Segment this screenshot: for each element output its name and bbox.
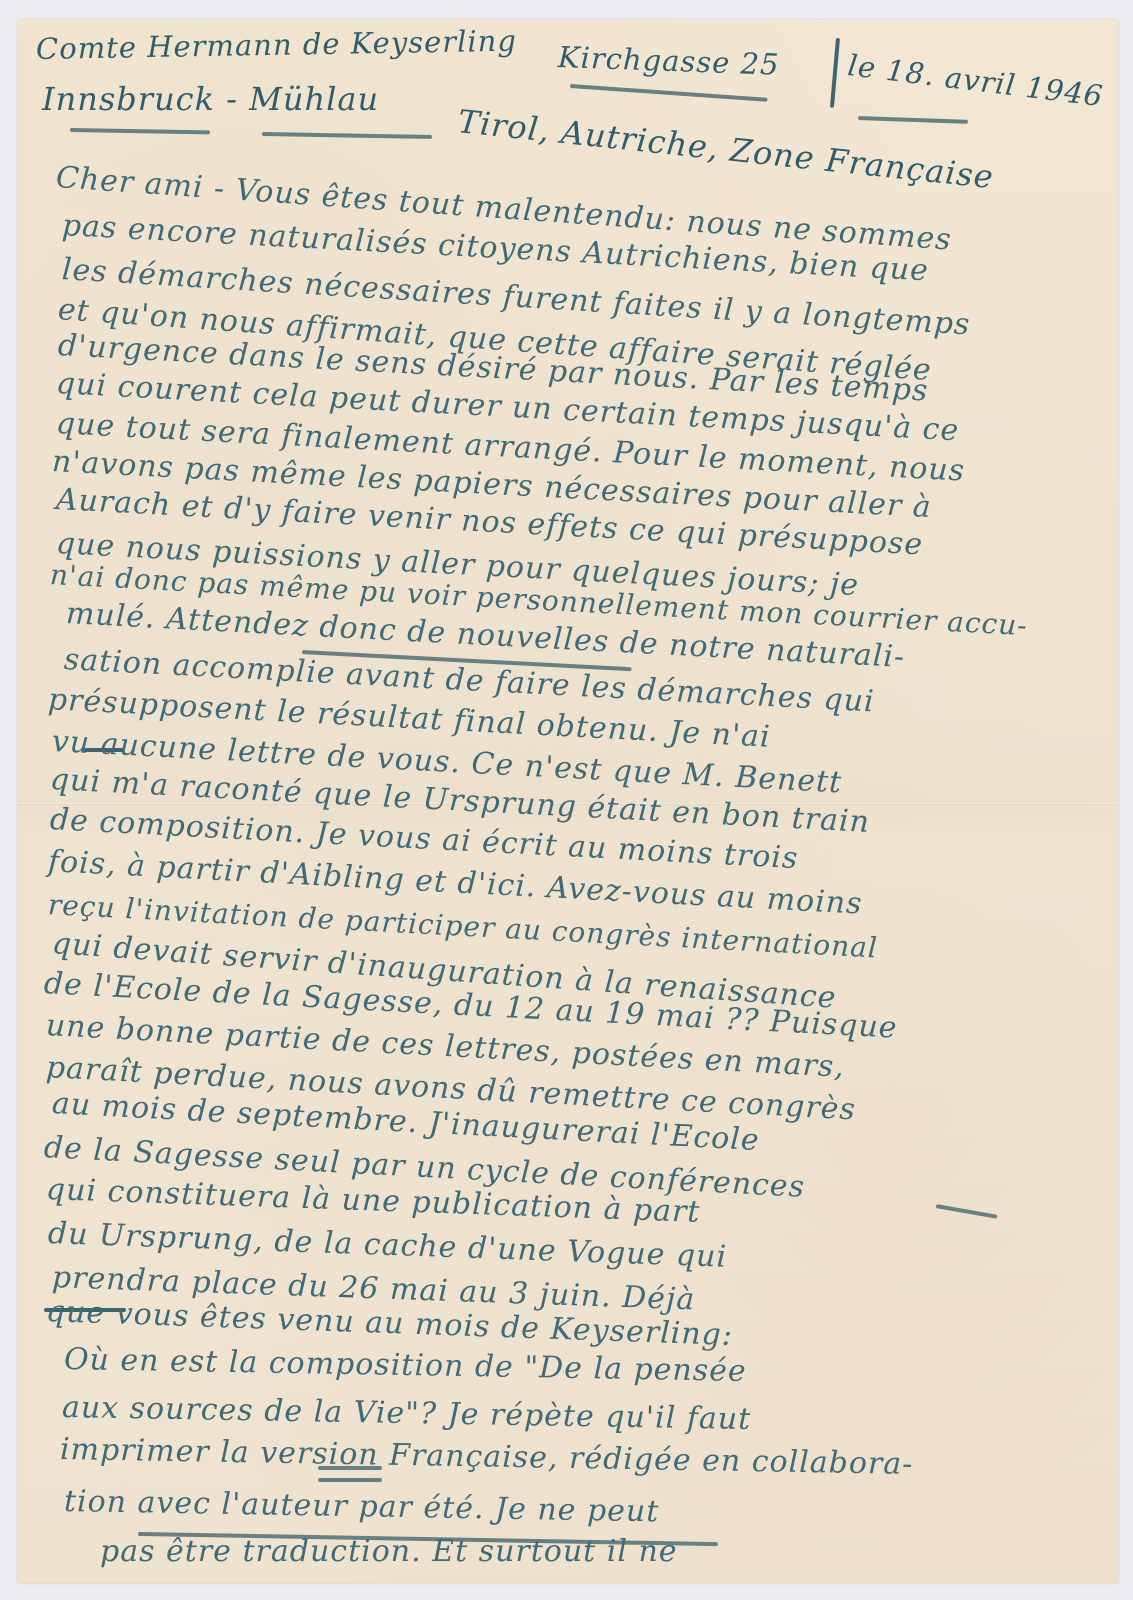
sender-city: Innsbruck - Mühlau [42, 80, 379, 118]
letter-line: pas être traduction. Et surtout il ne [100, 1534, 678, 1569]
date-underline [858, 116, 968, 124]
sender-street: Kirchgasse 25 [557, 40, 780, 82]
letter-sheet: Comte Hermann de Keyserling Kirchgasse 2… [18, 20, 1118, 1583]
date-separator [830, 38, 840, 108]
sender-name: Comte Hermann de Keyserling [36, 24, 517, 66]
struck-word [84, 748, 124, 752]
letter-line: aux sources de la Vie"? Je répète qu'il … [62, 1390, 752, 1437]
letter-date: le 18. avril 1946 [846, 48, 1105, 113]
city-underline-2 [262, 132, 432, 139]
street-underline [570, 84, 768, 102]
sender-region: Tirol, Autriche, Zone Française [456, 102, 996, 196]
version-underline-1 [318, 1466, 382, 1470]
version-underline-2 [318, 1478, 382, 1482]
city-underline-1 [70, 128, 210, 134]
letter-line: tion avec l'auteur par été. Je ne peut [64, 1484, 660, 1529]
a-part-underline [936, 1204, 998, 1219]
letter-line: imprimer la version Française, rédigée e… [60, 1432, 914, 1482]
